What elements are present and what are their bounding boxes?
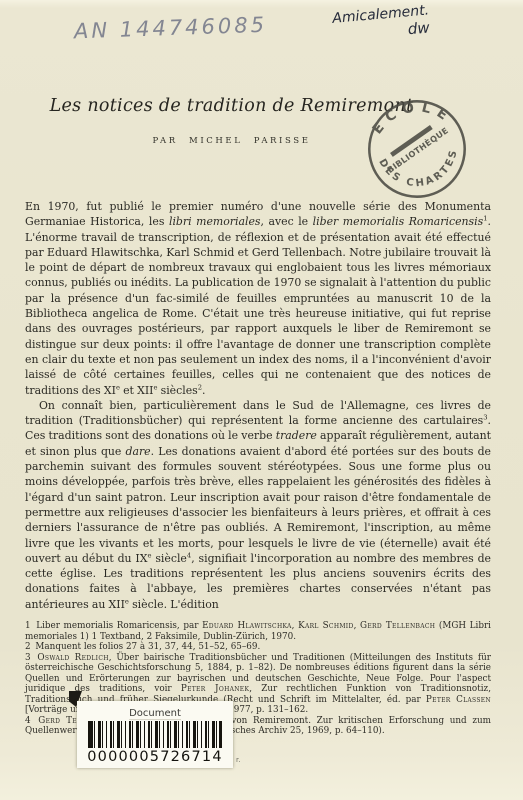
footnote: 1 Liber memorialis Romaricensis, par Edu… — [25, 621, 491, 642]
stamp-middle-text: BIBLIOTHÈQUE — [385, 124, 451, 175]
library-stamp: ECOLE DES CHARTES BIBLIOTHÈQUE — [356, 88, 477, 209]
barcode — [88, 721, 222, 748]
article-body: En 1970, fut publié le premier numéro d'… — [25, 199, 491, 612]
stamp-seal: ECOLE DES CHARTES BIBLIOTHÈQUE — [356, 88, 477, 209]
text-column: En 1970, fut publié le premier numéro d'… — [25, 199, 491, 737]
document-page: AN 144746085 Amicalement. dw Les notices… — [0, 0, 523, 800]
paragraph: En 1970, fut publié le premier numéro d'… — [25, 199, 491, 398]
barcode-number: 0000005726714 — [77, 748, 233, 766]
footnote-number: 2 — [25, 642, 35, 652]
footnote-number: 4 — [25, 716, 38, 726]
barcode-label-title: Document — [129, 706, 181, 720]
footnote: 2 Manquent les folios 27 à 31, 37, 44, 5… — [25, 642, 491, 653]
pencil-accession-number: AN 144746085 — [74, 13, 268, 44]
footnote-number: 3 — [25, 653, 37, 663]
handwritten-note: Amicalement. dw — [332, 1, 445, 44]
paragraph: On connaît bien, particulièrement dans l… — [25, 398, 491, 612]
barcode-label: Document 0000005726714 — [77, 701, 233, 768]
footnote-number: 1 — [25, 621, 36, 631]
corner-mark: r. — [236, 756, 240, 764]
